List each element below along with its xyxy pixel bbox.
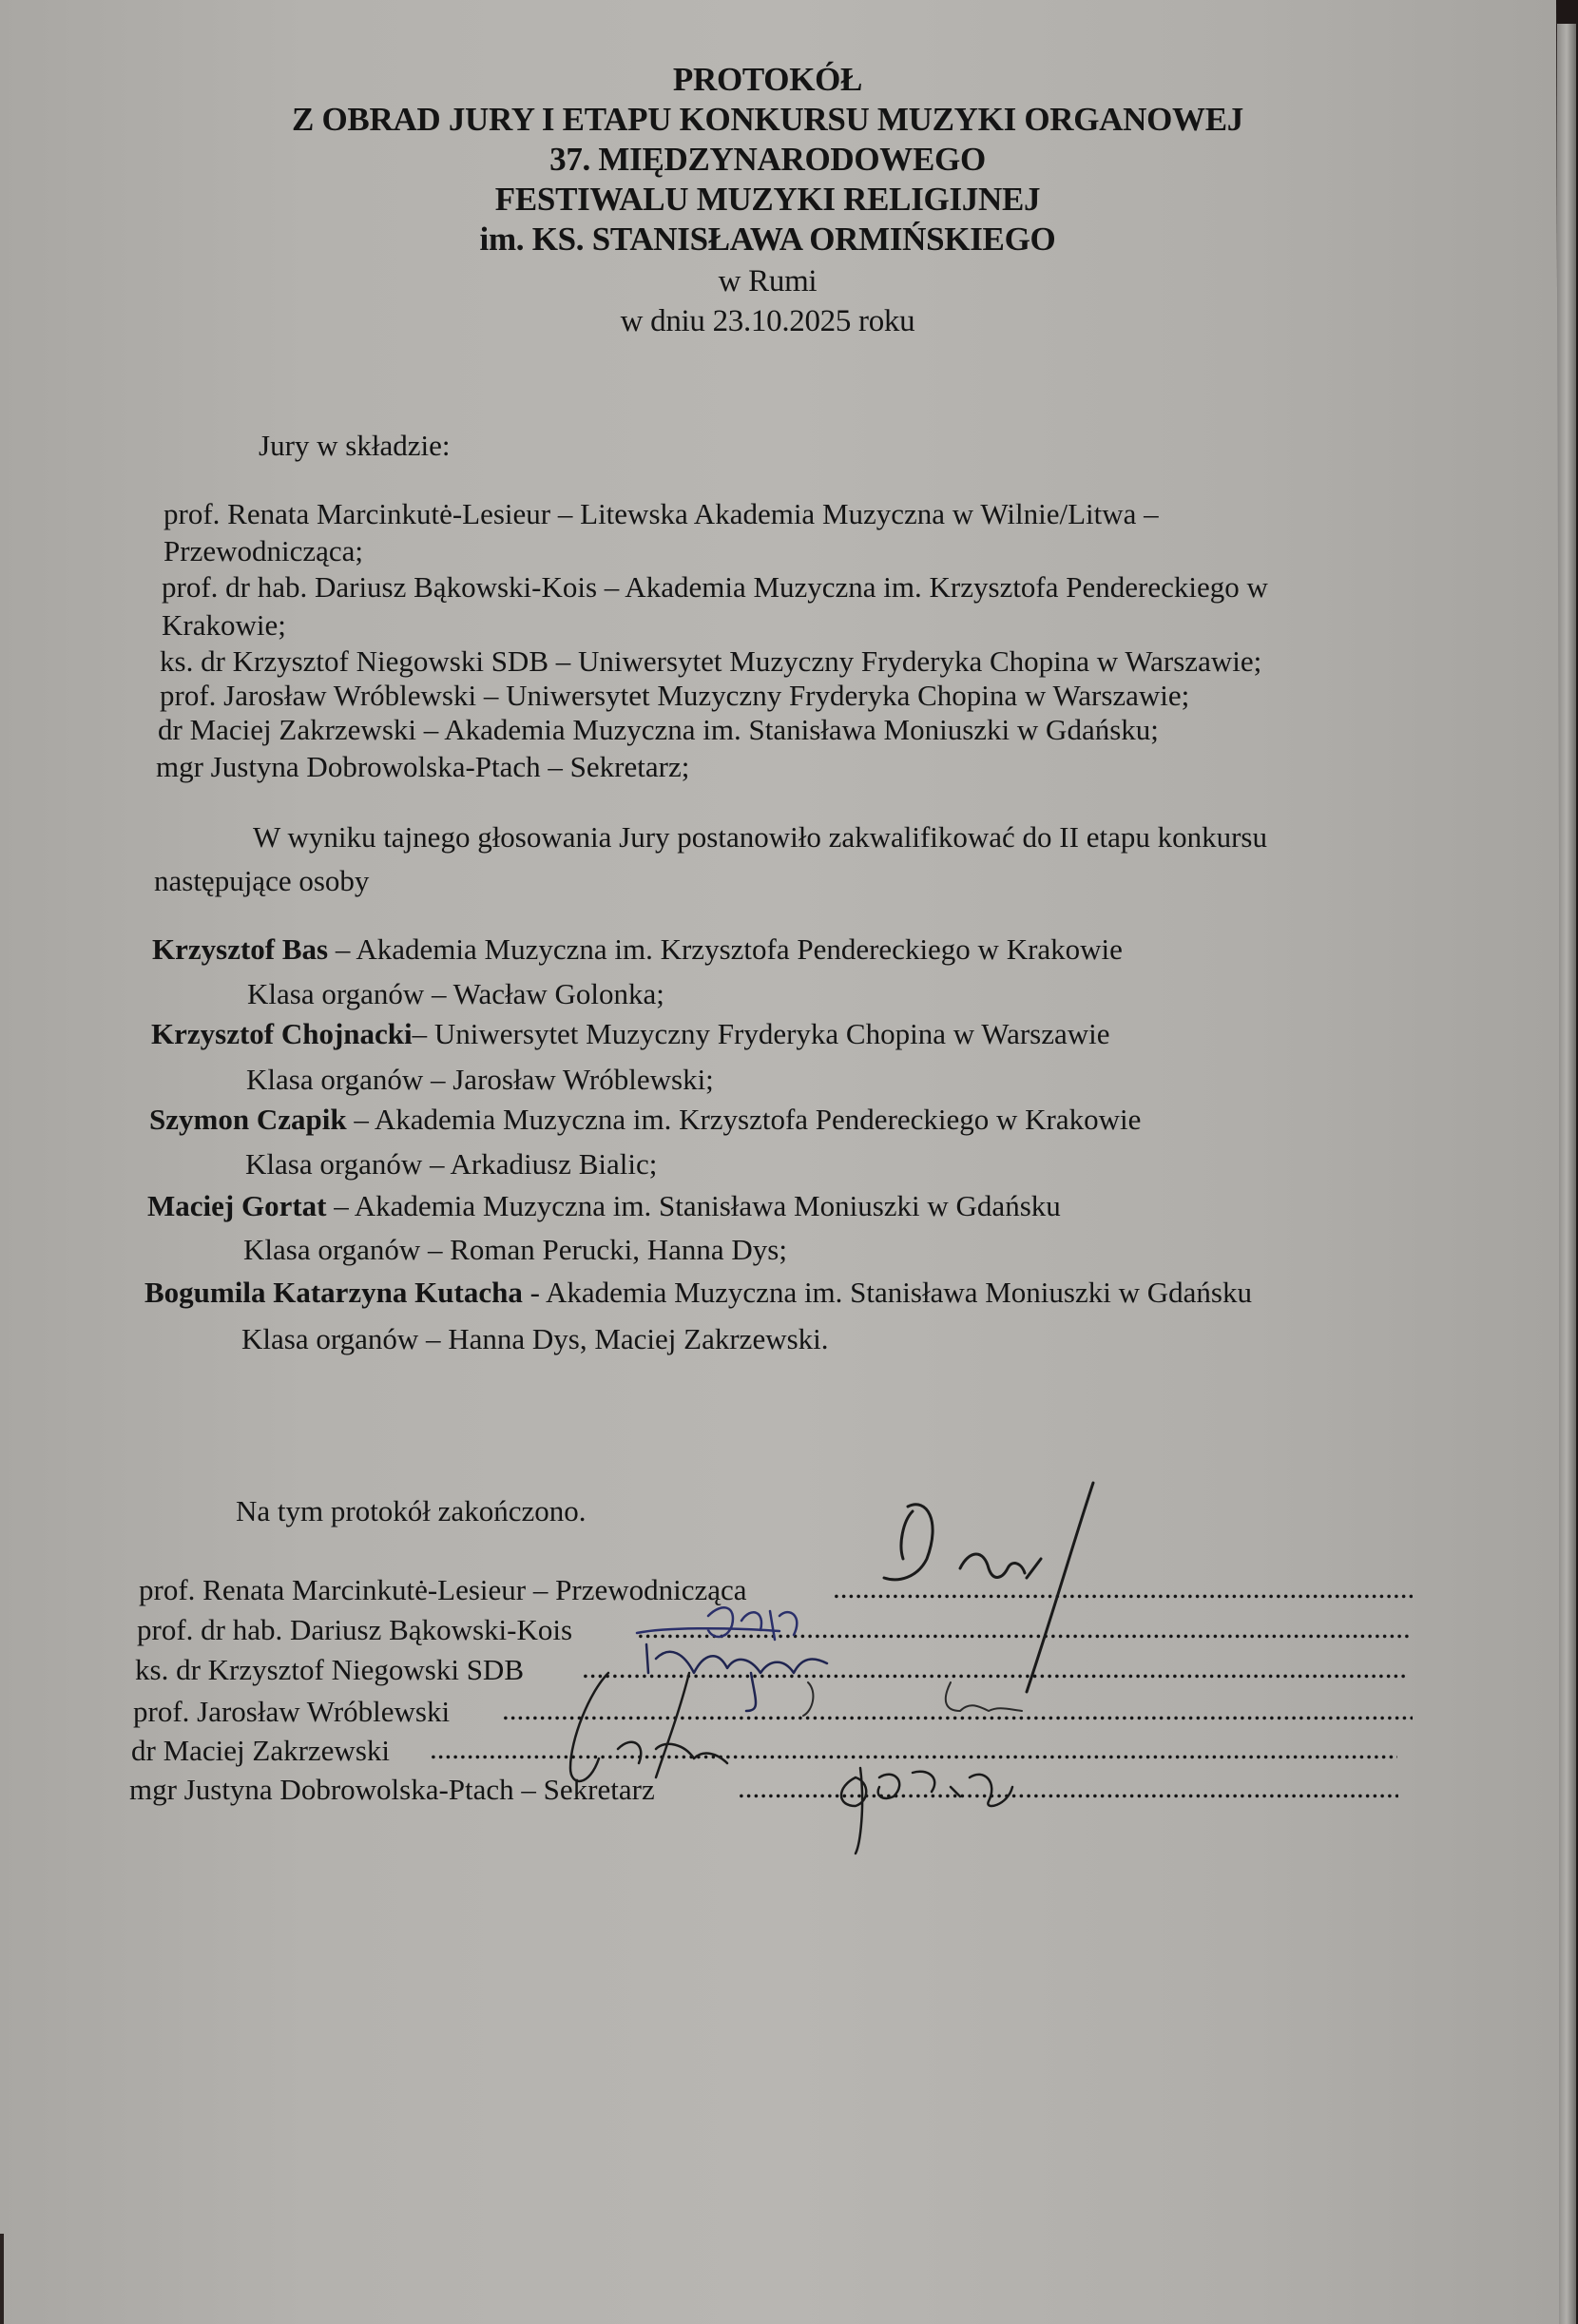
jury-line: ks. dr Krzysztof Niegowski SDB – Uniwers… <box>160 643 1261 680</box>
doc-subtitle-4: im. KS. STANISŁAWA ORMIŃSKIEGO <box>0 220 1535 259</box>
signatory-name: mgr Justyna Dobrowolska-Ptach – Sekretar… <box>129 1773 655 1806</box>
jury-line: prof. Jarosław Wróblewski – Uniwersytet … <box>160 678 1189 714</box>
doc-title: PROTOKÓŁ <box>0 60 1535 100</box>
qualified-affiliation: – Akademia Muzyczna im. Krzysztofa Pende… <box>328 932 1123 966</box>
signature-line: ks. dr Krzysztof Niegowski SDB <box>135 1652 524 1688</box>
handwritten-signatures <box>0 0 1578 2324</box>
jury-line: mgr Justyna Dobrowolska-Ptach – Sekretar… <box>156 749 689 785</box>
signature-dots: ........................................… <box>637 1611 1412 1645</box>
signature-dots: ........................................… <box>738 1771 1398 1805</box>
closing-text: Na tym protokół zakończono. <box>236 1493 586 1529</box>
jury-line: dr Maciej Zakrzewski – Akademia Muzyczna… <box>158 712 1159 748</box>
jury-line: prof. Renata Marcinkutė-Lesieur – Litews… <box>164 496 1159 532</box>
background-edge <box>0 2234 4 2324</box>
doc-subtitle-2: 37. MIĘDZYNARODOWEGO <box>0 140 1535 180</box>
qualified-entry: Szymon Czapik – Akademia Muzyczna im. Kr… <box>149 1102 1141 1138</box>
doc-place: w Rumi <box>0 261 1535 301</box>
signature-line: prof. Jarosław Wróblewski <box>133 1694 450 1730</box>
signature-line: prof. Renata Marcinkutė-Lesieur – Przewo… <box>139 1572 747 1608</box>
qualified-name: Krzysztof Bas <box>152 932 328 966</box>
signatory-name: dr Maciej Zakrzewski <box>131 1734 390 1767</box>
signature-line: mgr Justyna Dobrowolska-Ptach – Sekretar… <box>129 1772 655 1808</box>
qualified-entry: Krzysztof Bas – Akademia Muzyczna im. Kr… <box>152 932 1123 968</box>
qualified-entry: Maciej Gortat – Akademia Muzyczna im. St… <box>147 1188 1061 1224</box>
qualified-affiliation: – Akademia Muzyczna im. Krzysztofa Pende… <box>347 1103 1142 1136</box>
decision-text: W wyniku tajnego głosowania Jury postano… <box>253 819 1267 855</box>
qualified-class: Klasa organów – Roman Perucki, Hanna Dys… <box>243 1232 787 1268</box>
signature-dots: ........................................… <box>582 1651 1405 1685</box>
signatory-name: prof. dr hab. Dariusz Bąkowski-Kois <box>137 1613 572 1646</box>
qualified-name: Maciej Gortat <box>147 1189 326 1222</box>
qualified-class: Klasa organów – Wacław Golonka; <box>247 976 664 1012</box>
qualified-name: Szymon Czapik <box>149 1103 347 1136</box>
underlying-sheet-edge <box>1557 24 1576 2324</box>
decision-text-cont: następujące osoby <box>154 863 369 899</box>
signatory-name: ks. dr Krzysztof Niegowski SDB <box>135 1653 524 1686</box>
qualified-affiliation: – Uniwersytet Muzyczny Fryderyka Chopina… <box>413 1017 1110 1050</box>
jury-line: Krakowie; <box>162 607 286 643</box>
signature-line: prof. dr hab. Dariusz Bąkowski-Kois <box>137 1612 572 1648</box>
qualified-entry: Bogumila Katarzyna Kutacha - Akademia Mu… <box>144 1275 1252 1311</box>
signature-line: dr Maciej Zakrzewski <box>131 1733 390 1769</box>
qualified-name: Krzysztof Chojnacki <box>151 1017 413 1050</box>
doc-subtitle-3: FESTIWALU MUZYKI RELIGIJNEJ <box>0 180 1535 220</box>
qualified-affiliation: – Akademia Muzyczna im. Stanisława Moniu… <box>326 1189 1060 1222</box>
doc-date: w dniu 23.10.2025 roku <box>0 301 1535 341</box>
qualified-class: Klasa organów – Jarosław Wróblewski; <box>246 1062 714 1098</box>
signature-dots: ........................................… <box>430 1732 1397 1766</box>
signature-dots: ........................................… <box>833 1571 1413 1605</box>
qualified-class: Klasa organów – Arkadiusz Bialic; <box>245 1146 657 1182</box>
qualified-name: Bogumila Katarzyna Kutacha <box>144 1276 523 1309</box>
document-page: PROTOKÓŁ Z OBRAD JURY I ETAPU KONKURSU M… <box>0 0 1559 2324</box>
jury-line: prof. dr hab. Dariusz Bąkowski-Kois – Ak… <box>162 569 1268 605</box>
qualified-affiliation: - Akademia Muzyczna im. Stanisława Moniu… <box>523 1276 1252 1309</box>
doc-subtitle-1: Z OBRAD JURY I ETAPU KONKURSU MUZYKI ORG… <box>0 100 1535 140</box>
signatory-name: prof. Jarosław Wróblewski <box>133 1695 450 1728</box>
jury-intro: Jury w składzie: <box>259 428 450 464</box>
signature-dots: ........................................… <box>502 1693 1413 1727</box>
qualified-class: Klasa organów – Hanna Dys, Maciej Zakrze… <box>241 1321 829 1357</box>
qualified-entry: Krzysztof Chojnacki– Uniwersytet Muzyczn… <box>151 1016 1110 1052</box>
jury-line: Przewodnicząca; <box>164 533 363 569</box>
signatory-name: prof. Renata Marcinkutė-Lesieur – Przewo… <box>139 1573 747 1606</box>
